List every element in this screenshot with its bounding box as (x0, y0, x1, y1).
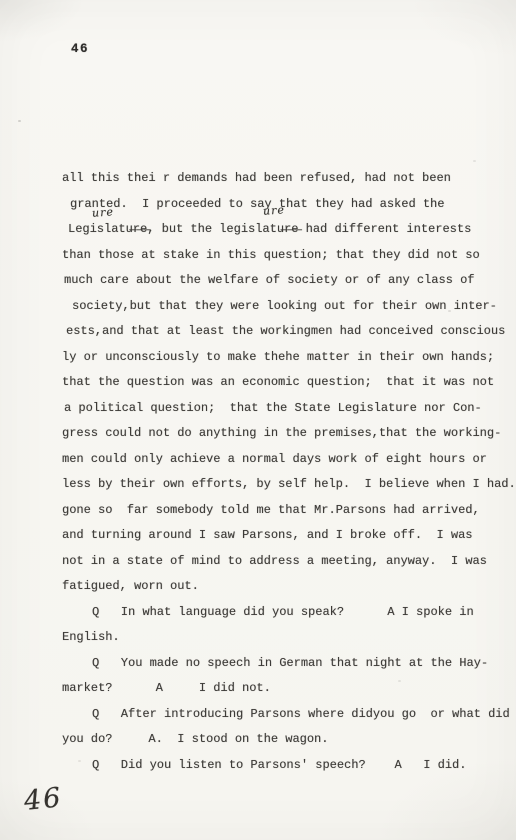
page-number-top: 46 (71, 42, 89, 56)
text-line: ly or unconsciously to make thehe matter… (62, 345, 514, 371)
text-line: much care about the welfare of society o… (62, 268, 514, 294)
text-line: society,but that they were looking out f… (62, 294, 514, 320)
text-line: you do? A. I stood on the wagon. (62, 727, 514, 753)
text-line: Legislatu̶r̶e̶, but the legislatu̶r̶e̶ h… (62, 217, 514, 243)
text-line: men could only achieve a normal days wor… (62, 447, 514, 473)
text-line: Q In what language did you speak? A I sp… (62, 600, 514, 626)
document-page: 46 ure ure all this thei r demands had b… (0, 0, 516, 840)
text-line: less by their own efforts, by self help.… (62, 472, 514, 498)
text-line: ests,and that at least the workingmen ha… (62, 319, 514, 345)
handwritten-page-number: 46 (22, 782, 63, 817)
text-line: granted. I proceeded to say that they ha… (62, 192, 514, 218)
text-line: Q You made no speech in German that nigh… (62, 651, 514, 677)
text-line: market? A I did not. (62, 676, 514, 702)
text-line: Q Did you listen to Parsons' speech? A I… (62, 753, 514, 779)
text-line: gress could not do anything in the premi… (62, 421, 514, 447)
text-line: gone so far somebody told me that Mr.Par… (62, 498, 514, 524)
text-line: that the question was an economic questi… (62, 370, 514, 396)
text-line: not in a state of mind to address a meet… (62, 549, 514, 575)
text-line: a political question; that the State Leg… (62, 396, 514, 422)
text-line: English. (62, 625, 514, 651)
text-line: than those at stake in this question; th… (62, 243, 514, 269)
typed-text-block: all this thei r demands had been refused… (62, 166, 514, 778)
text-line: all this thei r demands had been refused… (62, 166, 514, 192)
text-line: fatigued, worn out. (62, 574, 514, 600)
text-line: Q After introducing Parsons where didyou… (62, 702, 514, 728)
text-line: and turning around I saw Parsons, and I … (62, 523, 514, 549)
